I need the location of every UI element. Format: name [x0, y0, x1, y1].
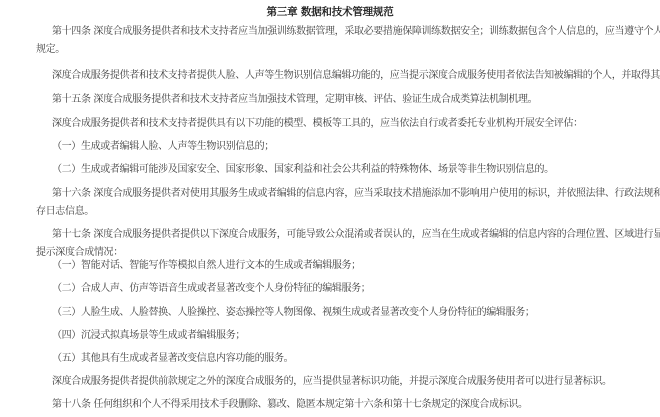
chapter-title: 第三章 数据和技术管理规范 [0, 6, 660, 19]
article-17-item-5: （五）其他具有生成或者显著改变信息内容功能的服务。 [52, 353, 293, 365]
article-15-item-1: （一）生成或者编辑人脸、人声等生物识别信息的； [52, 141, 274, 153]
article-14-line-1: 第十四条 深度合成服务提供者和技术支持者应当加强训练数据管理，采取必要措施保障训… [52, 26, 660, 38]
article-14-paragraph-2: 深度合成服务提供者和技术支持者提供人脸、人声等生物识别信息编辑功能的，应当提示深… [52, 70, 660, 82]
article-15-paragraph-2: 深度合成服务提供者和技术支持者提供具有以下功能的模型、模板等工具的，应当依法自行… [52, 118, 583, 130]
article-17-item-2: （二）合成人声、仿声等语音生成或者显著改变个人身份特征的编辑服务； [52, 283, 370, 295]
regulation-document: 第三章 数据和技术管理规范 第十四条 深度合成服务提供者和技术支持者应当加强训练… [0, 0, 660, 417]
article-15-paragraph-1: 第十五条 深度合成服务提供者和技术支持者应当加强技术管理，定期审核、评估、验证生… [52, 94, 537, 106]
article-18-paragraph-1: 第十八条 任何组织和个人不得采用技术手段删除、篡改、隐匿本规定第十六条和第十七条… [52, 399, 528, 411]
article-17-paragraph-2: 深度合成服务提供者提供前款规定之外的深度合成服务的，应当提供显著标识功能，并提示… [52, 376, 612, 388]
article-16-line-2: 存日志信息。 [36, 206, 94, 218]
article-17-item-1: （一）智能对话、智能写作等模拟自然人进行文本的生成或者编辑服务； [52, 260, 361, 272]
article-17-item-4: （四）沉浸式拟真场景等生成或者编辑服务； [52, 330, 245, 342]
article-15-item-2: （二）生成或者编辑可能涉及国家安全、国家形象、国家利益和社会公共利益的特殊物体、… [52, 164, 554, 176]
article-17-line-2: 提示深度合成情况： [36, 247, 123, 259]
article-14-line-2: 规定。 [36, 44, 65, 56]
article-17-line-1: 第十七条 深度合成服务提供者提供以下深度合成服务，可能导致公众混淆或者误认的，应… [52, 229, 660, 241]
article-17-item-3: （三）人脸生成、人脸替换、人脸操控、姿态操控等人物图像、视频生成或者显著改变个人… [52, 307, 535, 319]
article-16-line-1: 第十六条 深度合成服务提供者对使用其服务生成或者编辑的信息内容，应当采取技术措施… [52, 188, 660, 200]
